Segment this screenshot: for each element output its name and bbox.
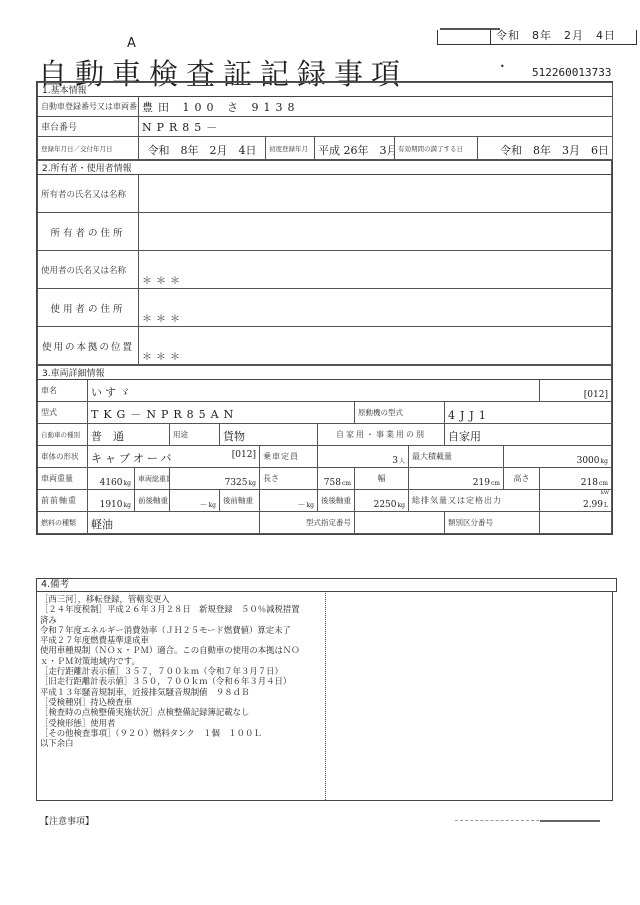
width-value: 219cm bbox=[409, 468, 504, 490]
section-heading-remarks: 4.備考 bbox=[36, 578, 617, 592]
user-name-label: 使用者の氏名又は名称 bbox=[38, 251, 139, 289]
remarks-line: ［検査時の点検整備実施状況］点検整備記録簿記載なし bbox=[40, 707, 300, 717]
fuel-type-label: 燃料の種類 bbox=[38, 512, 88, 534]
model-value: TKG－NPR85AN bbox=[88, 402, 355, 424]
rear-rear-axle-label: 後後軸重 bbox=[318, 490, 355, 512]
remarks-line: 令和７年度エネルギー消費効率（ＪＨ２５モード燃費値）算定未了 bbox=[40, 625, 300, 635]
use-label: 用途 bbox=[170, 424, 220, 446]
issue-date: 令和 8年 2月 4日 bbox=[496, 29, 616, 44]
owner-address-value bbox=[139, 213, 612, 251]
owner-name-label: 所有者の氏名又は名称 bbox=[38, 175, 139, 213]
remarks-line: ［走行距離計表示値］３５７，７００ｋｍ（令和７年３月７日） bbox=[40, 666, 300, 676]
width-label: 幅 bbox=[355, 468, 409, 490]
category-number-label: 類別区分番号 bbox=[445, 512, 540, 534]
remarks-line: 平成２７年度燃費基準達成車 bbox=[40, 635, 300, 645]
car-name-value: いすゞ bbox=[88, 380, 540, 402]
first-registration-label: 初度登録年月 bbox=[266, 137, 315, 160]
max-load-label: 最大積載量 bbox=[409, 446, 504, 468]
vehicle-weight-value: 4160kg bbox=[88, 468, 135, 490]
base-location-label: 使用の本拠の位置 bbox=[38, 327, 139, 365]
remarks-box: ［西三河］，移転登録，管轄変更入［２４年度税制］平成２６年３月２８日 新規登録 … bbox=[36, 591, 613, 801]
chassis-number-label: 車台番号 bbox=[38, 117, 139, 137]
cropped-label-fragment bbox=[440, 28, 500, 35]
car-name-label: 車名 bbox=[38, 380, 88, 402]
fuel-type-value: 軽油 bbox=[88, 512, 260, 534]
height-value: 218cm bbox=[540, 468, 612, 490]
vehicle-type-value: 普 通 bbox=[88, 424, 170, 446]
front-front-axle-label: 前前軸重 bbox=[38, 490, 88, 512]
owner-name-value bbox=[139, 175, 612, 213]
remarks-line: 平成１３年騒音規制車，近接排気騒音規制値 ９８ｄＢ bbox=[40, 687, 300, 697]
basic-info-section: 1.基本情報 自動車登録番号又は車両番号 豊田 100 さ 9138 車台番号 … bbox=[37, 82, 613, 160]
body-shape-code: [012] bbox=[232, 450, 256, 460]
chassis-number-value: NPR85－ bbox=[139, 117, 613, 137]
gross-weight-value: 7325kg bbox=[170, 468, 260, 490]
registration-date-value: 令和 8年 2月 4日 bbox=[139, 137, 266, 160]
length-value: 758cm bbox=[318, 468, 355, 490]
remarks-line: 使用車種規制（ＮＯｘ・ＰＭ）適合。この自動車の使用の本拠はＮＯ bbox=[40, 645, 300, 655]
remarks-line: ［受検形態］使用者 bbox=[40, 718, 300, 728]
height-label: 高さ bbox=[504, 468, 540, 490]
registration-number-value: 豊田 100 さ 9138 bbox=[139, 97, 613, 117]
use-value: 貨物 bbox=[220, 424, 318, 446]
displacement-value: kW2.99L bbox=[540, 490, 612, 512]
vehicle-weight-label: 車両重量 bbox=[38, 468, 88, 490]
registration-date-label: 登録年月日／交付年月日 bbox=[38, 137, 139, 160]
record-form: 1.基本情報 自動車登録番号又は車両番号 豊田 100 さ 9138 車台番号 … bbox=[36, 81, 613, 535]
remarks-text: ［西三河］，移転登録，管轄変更入［２４年度税制］平成２６年３月２８日 新規登録 … bbox=[40, 594, 300, 748]
issue-date-separator bbox=[490, 30, 491, 44]
body-shape-label: 車体の形状 bbox=[38, 446, 88, 468]
registration-number-label: 自動車登録番号又は車両番号 bbox=[38, 97, 139, 117]
private-business-label: 自家用・事業用の別 bbox=[318, 424, 445, 446]
remarks-column: ［西三河］，移転登録，管轄変更入［２４年度税制］平成２６年３月２８日 新規登録 … bbox=[37, 591, 326, 800]
expiry-date-label: 有効期間の満了する日 bbox=[395, 137, 478, 160]
car-name-code: [012] bbox=[540, 380, 612, 402]
remarks-line: ［受検種別］持込検査車 bbox=[40, 697, 300, 707]
engine-model-value: 4JJ1 bbox=[445, 402, 612, 424]
user-name-value: ＊＊＊ bbox=[139, 251, 612, 289]
capacity-label: 乗車定員 bbox=[260, 446, 318, 468]
section-heading-vehicle: 3.車両詳細情報 bbox=[38, 366, 612, 380]
scan-mark: • bbox=[500, 62, 505, 71]
front-rear-axle-value: －kg bbox=[170, 490, 220, 512]
displacement-label: 総排気量又は定格出力 bbox=[409, 490, 540, 512]
engine-model-label: 原動機の型式 bbox=[355, 402, 445, 424]
expiry-date-value: 令和 8年 3月 6日 bbox=[478, 137, 613, 160]
body-shape-value: キャブオーバ[012] bbox=[88, 446, 260, 468]
front-rear-axle-label: 前後軸重 bbox=[135, 490, 170, 512]
user-address-label: 使用者の住所 bbox=[38, 289, 139, 327]
owner-address-label: 所有者の住所 bbox=[38, 213, 139, 251]
category-number-value bbox=[540, 512, 612, 534]
vehicle-detail-section: 3.車両詳細情報 車名 いすゞ [012] 型式 TKG－NPR85AN 原動機… bbox=[37, 365, 612, 534]
remarks-line: 済み bbox=[40, 615, 300, 625]
remarks-line: ［その他検査事項］（９２０）燃料タンク １個 １００Ｌ bbox=[40, 728, 300, 738]
vehicle-type-label: 自動車の種別 bbox=[38, 424, 88, 446]
private-business-value: 自家用 bbox=[445, 424, 612, 446]
corner-letter: A bbox=[127, 36, 136, 51]
rear-front-axle-label: 後前軸重 bbox=[220, 490, 260, 512]
owner-user-section: 2.所有者・使用者情報 所有者の氏名又は名称 所有者の住所 使用者の氏名又は名称… bbox=[37, 160, 612, 365]
rear-front-axle-value: －kg bbox=[260, 490, 318, 512]
rear-rear-axle-value: 2250kg bbox=[355, 490, 409, 512]
remarks-line: 以下余白 bbox=[40, 738, 300, 748]
first-registration-value: 平成 26年 3月 bbox=[315, 137, 395, 160]
max-load-value: 3000kg bbox=[504, 446, 612, 468]
remarks-line: ［旧走行距離計表示値］３５０，７００ｋｍ（令和６年３月４日） bbox=[40, 676, 300, 686]
type-designation-label: 型式指定番号 bbox=[260, 512, 355, 534]
model-label: 型式 bbox=[38, 402, 88, 424]
user-address-value: ＊＊＊ bbox=[139, 289, 612, 327]
gross-weight-label: 車両総重量 bbox=[135, 468, 170, 490]
faint-scan-line bbox=[540, 820, 600, 822]
capacity-value: 3人 bbox=[318, 446, 409, 468]
front-front-axle-value: 1910kg bbox=[88, 490, 135, 512]
issue-date-box: 令和 8年 2月 4日 bbox=[437, 30, 637, 45]
remarks-line: ［西三河］，移転登録，管轄変更入 bbox=[40, 594, 300, 604]
base-location-value: ＊＊＊ bbox=[139, 327, 612, 365]
section-heading-basic: 1.基本情報 bbox=[38, 83, 613, 97]
type-designation-value bbox=[355, 512, 445, 534]
remarks-line: ｘ・ＰＭ対策地域内です。 bbox=[40, 656, 300, 666]
length-label: 長さ bbox=[260, 468, 318, 490]
document-number: 512260013733 bbox=[532, 66, 611, 79]
section-heading-owner: 2.所有者・使用者情報 bbox=[38, 161, 612, 175]
remarks-line: ［２４年度税制］平成２６年３月２８日 新規登録 ５０％減税措置 bbox=[40, 604, 300, 614]
notes-label: 【注意事項】 bbox=[40, 814, 94, 827]
